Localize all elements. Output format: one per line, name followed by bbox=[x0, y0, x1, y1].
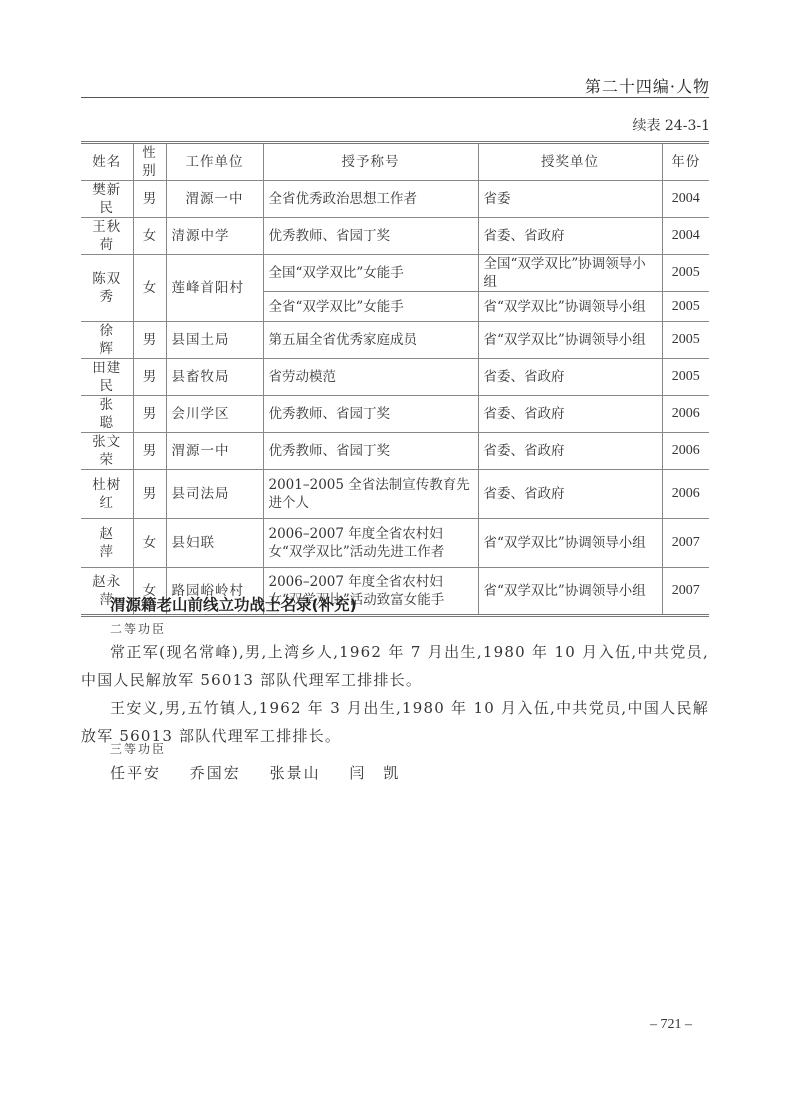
table-row: 樊新民 男 渭源一中 全省优秀政治思想工作者 省委 2004 bbox=[81, 181, 709, 218]
cell-year: 2005 bbox=[662, 292, 709, 322]
cell-gender: 女 bbox=[133, 519, 166, 568]
cell-awarding-body: 全国“双学双比”协调领导小组 bbox=[478, 255, 662, 292]
cell-awarding-body: 省委、省政府 bbox=[478, 396, 662, 433]
cell-title: 省劳动模范 bbox=[263, 359, 478, 396]
cell-name: 张文荣 bbox=[81, 433, 133, 470]
cell-awarding-body: 省“双学双比”协调领导小组 bbox=[478, 292, 662, 322]
cell-title: 2006–2007 年度全省农村妇女“双学双比”活动先进工作者 bbox=[263, 519, 478, 568]
cell-title: 第五届全省优秀家庭成员 bbox=[263, 322, 478, 359]
table-row: 田建民 男 县畜牧局 省劳动模范 省委、省政府 2005 bbox=[81, 359, 709, 396]
cell-name: 杜树红 bbox=[81, 470, 133, 519]
cell-title: 全国“双学双比”女能手 bbox=[263, 255, 478, 292]
third-class-name: 闫 凯 bbox=[349, 764, 400, 782]
cell-work-unit: 县司法局 bbox=[166, 470, 263, 519]
cell-title: 优秀教师、省园丁奖 bbox=[263, 396, 478, 433]
cell-work-unit: 会川学区 bbox=[166, 396, 263, 433]
cell-gender: 女 bbox=[133, 218, 166, 255]
cell-awarding-body: 省委、省政府 bbox=[478, 470, 662, 519]
cell-gender: 男 bbox=[133, 433, 166, 470]
cell-year: 2004 bbox=[662, 181, 709, 218]
section-title: 渭源籍老山前线立功战士名录(补充) bbox=[110, 593, 357, 615]
third-class-name: 任平安 bbox=[110, 764, 161, 782]
table-row: 赵 萍 女 县妇联 2006–2007 年度全省农村妇女“双学双比”活动先进工作… bbox=[81, 519, 709, 568]
page-number: – 721 – bbox=[650, 1017, 692, 1033]
cell-work-unit: 清源中学 bbox=[166, 218, 263, 255]
column-header-year: 年份 bbox=[662, 144, 709, 181]
cell-gender: 男 bbox=[133, 396, 166, 433]
third-class-name: 乔国宏 bbox=[190, 764, 241, 782]
cell-name: 樊新民 bbox=[81, 181, 133, 218]
cell-gender: 男 bbox=[133, 181, 166, 218]
cell-title: 优秀教师、省园丁奖 bbox=[263, 218, 478, 255]
cell-awarding-body: 省“双学双比”协调领导小组 bbox=[478, 322, 662, 359]
cell-name: 赵 萍 bbox=[81, 519, 133, 568]
cell-title: 2001–2005 全省法制宣传教育先进个人 bbox=[263, 470, 478, 519]
table-row: 徐 辉 男 县国土局 第五届全省优秀家庭成员 省“双学双比”协调领导小组 200… bbox=[81, 322, 709, 359]
cell-name: 徐 辉 bbox=[81, 322, 133, 359]
table-row: 杜树红 男 县司法局 2001–2005 全省法制宣传教育先进个人 省委、省政府… bbox=[81, 470, 709, 519]
table-row: 王秋荷 女 清源中学 优秀教师、省园丁奖 省委、省政府 2004 bbox=[81, 218, 709, 255]
third-class-label: 三等功臣 bbox=[110, 740, 166, 757]
cell-awarding-body: 省委、省政府 bbox=[478, 433, 662, 470]
cell-year: 2004 bbox=[662, 218, 709, 255]
third-class-names: 任平安 乔国宏 张景山 闫 凯 bbox=[110, 762, 422, 783]
cell-work-unit: 渭源一中 bbox=[166, 433, 263, 470]
column-header-gender: 性别 bbox=[133, 144, 166, 181]
award-table: 姓名 性别 工作单位 授予称号 授奖单位 年份 樊新民 男 渭源一中 全省优秀政… bbox=[81, 144, 709, 614]
third-class-name: 张景山 bbox=[270, 764, 321, 782]
cell-year: 2005 bbox=[662, 359, 709, 396]
cell-year: 2006 bbox=[662, 433, 709, 470]
cell-awarding-body: 省委、省政府 bbox=[478, 359, 662, 396]
cell-year: 2007 bbox=[662, 519, 709, 568]
award-table-container: 姓名 性别 工作单位 授予称号 授奖单位 年份 樊新民 男 渭源一中 全省优秀政… bbox=[81, 141, 709, 617]
cell-year: 2007 bbox=[662, 568, 709, 614]
cell-work-unit: 莲峰首阳村 bbox=[166, 255, 263, 322]
cell-work-unit: 县国土局 bbox=[166, 322, 263, 359]
table-caption: 续表 24-3-1 bbox=[560, 115, 710, 135]
column-header-work-unit: 工作单位 bbox=[166, 144, 263, 181]
cell-gender: 男 bbox=[133, 322, 166, 359]
table-header-row: 姓名 性别 工作单位 授予称号 授奖单位 年份 bbox=[81, 144, 709, 181]
cell-work-unit: 渭源一中 bbox=[166, 181, 263, 218]
column-header-title-awarded: 授予称号 bbox=[263, 144, 478, 181]
table-row: 张文荣 男 渭源一中 优秀教师、省园丁奖 省委、省政府 2006 bbox=[81, 433, 709, 470]
cell-year: 2006 bbox=[662, 396, 709, 433]
cell-name: 田建民 bbox=[81, 359, 133, 396]
cell-awarding-body: 省“双学双比”协调领导小组 bbox=[478, 568, 662, 614]
cell-title: 优秀教师、省园丁奖 bbox=[263, 433, 478, 470]
cell-gender: 男 bbox=[133, 470, 166, 519]
cell-year: 2006 bbox=[662, 470, 709, 519]
cell-work-unit: 县畜牧局 bbox=[166, 359, 263, 396]
cell-title: 全省优秀政治思想工作者 bbox=[263, 181, 478, 218]
second-class-label: 二等功臣 bbox=[110, 620, 166, 637]
second-class-entry: 王安义,男,五竹镇人,1962 年 3 月出生,1980 年 10 月入伍,中共… bbox=[81, 694, 709, 750]
cell-awarding-body: 省“双学双比”协调领导小组 bbox=[478, 519, 662, 568]
cell-name: 张 聪 bbox=[81, 396, 133, 433]
second-class-entry: 常正军(现名常峰),男,上湾乡人,1962 年 7 月出生,1980 年 10 … bbox=[81, 638, 709, 694]
cell-gender: 女 bbox=[133, 255, 166, 322]
cell-name: 陈双秀 bbox=[81, 255, 133, 322]
table-row: 张 聪 男 会川学区 优秀教师、省园丁奖 省委、省政府 2006 bbox=[81, 396, 709, 433]
cell-name: 王秋荷 bbox=[81, 218, 133, 255]
cell-awarding-body: 省委 bbox=[478, 181, 662, 218]
cell-title: 全省“双学双比”女能手 bbox=[263, 292, 478, 322]
cell-year: 2005 bbox=[662, 322, 709, 359]
column-header-name: 姓名 bbox=[81, 144, 133, 181]
running-head: 第二十四编·人物 bbox=[560, 74, 710, 97]
cell-awarding-body: 省委、省政府 bbox=[478, 218, 662, 255]
cell-work-unit: 县妇联 bbox=[166, 519, 263, 568]
header-rule bbox=[81, 97, 709, 98]
cell-gender: 男 bbox=[133, 359, 166, 396]
column-header-awarding-body: 授奖单位 bbox=[478, 144, 662, 181]
cell-year: 2005 bbox=[662, 255, 709, 292]
table-row: 陈双秀 女 莲峰首阳村 全国“双学双比”女能手 全国“双学双比”协调领导小组 2… bbox=[81, 255, 709, 292]
